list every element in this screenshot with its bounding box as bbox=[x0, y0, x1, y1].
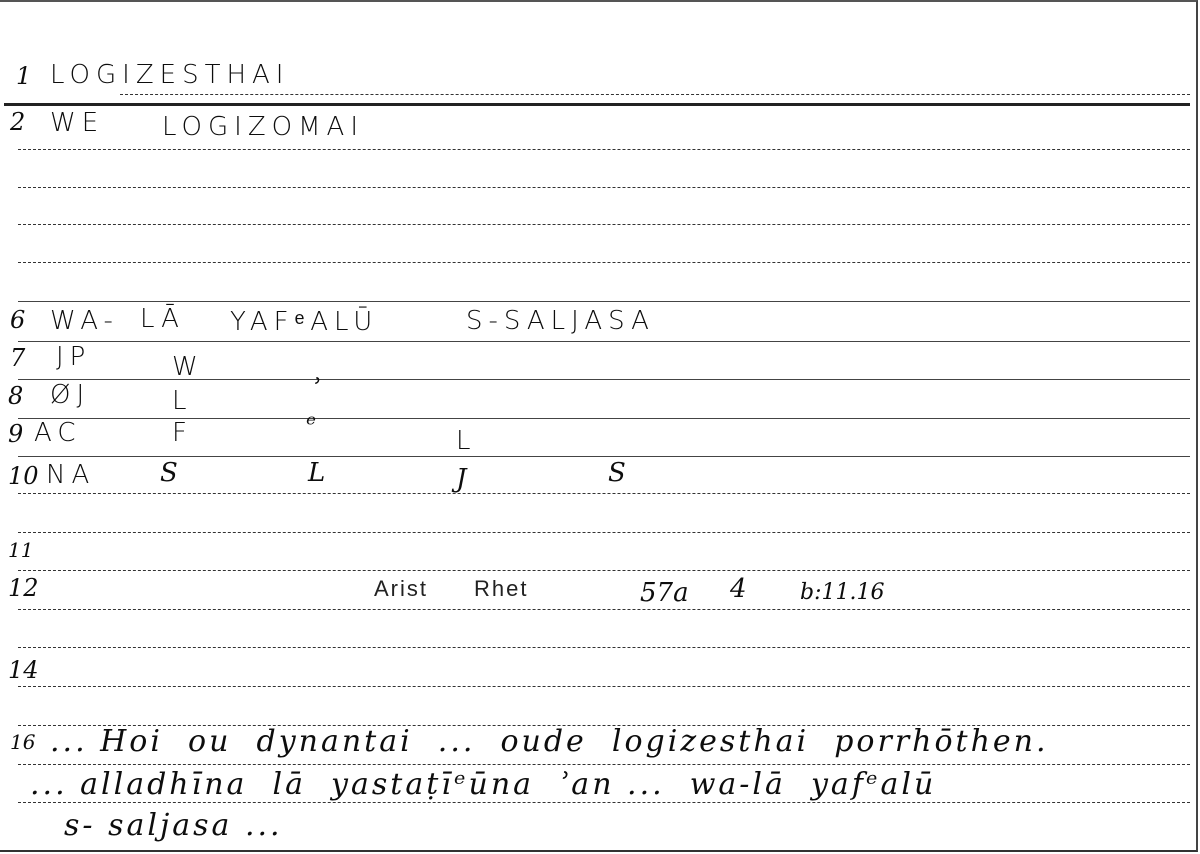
line-number-10: 10 bbox=[8, 462, 39, 490]
line-9-cell-4: L bbox=[456, 426, 477, 456]
line-6-cell-4: S-SALJASA bbox=[466, 306, 655, 336]
line-7-cell-2: W bbox=[172, 352, 204, 382]
line-6-cell-3: YAFᵉALŪ bbox=[230, 306, 378, 337]
ruled-line bbox=[18, 532, 1190, 533]
line-9-cell-1: AC bbox=[34, 418, 81, 448]
reference-citation: b:11.16 bbox=[800, 580, 884, 605]
worksheet-page: 1 LOGIZESTHAI 2 WE LOGIZOMAI 6 WA- LĀ YA… bbox=[0, 0, 1198, 852]
line-8-cell-2: L bbox=[172, 386, 193, 416]
line-number-14: 14 bbox=[8, 656, 39, 684]
line-number-12: 12 bbox=[8, 574, 39, 602]
line-8-cell-1: ØJ bbox=[50, 380, 90, 410]
ruled-line bbox=[18, 570, 1190, 571]
line-2-cell-2: LOGIZOMAI bbox=[162, 112, 364, 142]
ruled-line bbox=[18, 341, 1190, 342]
line-10-cell-1: NA bbox=[46, 460, 95, 490]
line-number-2: 2 bbox=[10, 108, 25, 136]
ruled-line bbox=[18, 802, 1190, 803]
reference-author: Arist bbox=[374, 576, 428, 602]
ruled-line bbox=[18, 609, 1190, 610]
line-number-8: 8 bbox=[8, 382, 23, 410]
ruled-line bbox=[18, 187, 1190, 188]
line-10-cell-3: L bbox=[308, 458, 325, 488]
transcription-greek: ... Hoi ou dynantai ... oude logizesthai… bbox=[50, 724, 1049, 759]
transcription-arabic-cont: s- saljasa ... bbox=[64, 808, 283, 843]
ruled-line bbox=[18, 418, 1190, 419]
line-6-cell-1: WA- bbox=[50, 306, 119, 336]
line-8-cell-3: ʾ bbox=[312, 374, 320, 404]
line-1-word: LOGIZESTHAI bbox=[50, 60, 289, 90]
ruled-line bbox=[18, 456, 1190, 457]
ruled-line bbox=[18, 262, 1190, 263]
line-2-cell-1: WE bbox=[50, 108, 104, 138]
ruled-line-thick bbox=[4, 103, 1190, 106]
transcription-arabic: ... alladhīna lā yastaṭīᵉūna ʾan ... wa-… bbox=[30, 767, 936, 802]
ruled-line bbox=[18, 647, 1190, 648]
line-number-7: 7 bbox=[10, 344, 25, 372]
ruled-line bbox=[120, 94, 1190, 95]
ruled-line bbox=[18, 493, 1190, 494]
line-number-9: 9 bbox=[8, 420, 23, 448]
line-7-cell-1: JP bbox=[56, 342, 91, 372]
line-10-cell-4: J bbox=[456, 464, 466, 494]
line-9-cell-2: F bbox=[172, 418, 193, 448]
line-9-cell-3: ᵉ bbox=[306, 410, 316, 440]
line-10-cell-2: S bbox=[160, 458, 178, 488]
line-number-6: 6 bbox=[10, 306, 25, 334]
line-10-cell-5: S bbox=[608, 458, 626, 488]
reference-section: 4 bbox=[730, 574, 747, 604]
line-6-cell-2: LĀ bbox=[140, 304, 185, 334]
line-number-16: 16 bbox=[10, 730, 35, 754]
ruled-line bbox=[18, 764, 1190, 765]
reference-page: 57a bbox=[640, 578, 689, 608]
ruled-line bbox=[18, 224, 1190, 225]
line-number-1: 1 bbox=[16, 62, 31, 90]
ruled-line bbox=[18, 149, 1190, 150]
ruled-line bbox=[18, 301, 1190, 302]
ruled-line bbox=[18, 686, 1190, 687]
line-number-11: 11 bbox=[8, 538, 33, 562]
reference-work: Rhet bbox=[474, 576, 528, 602]
